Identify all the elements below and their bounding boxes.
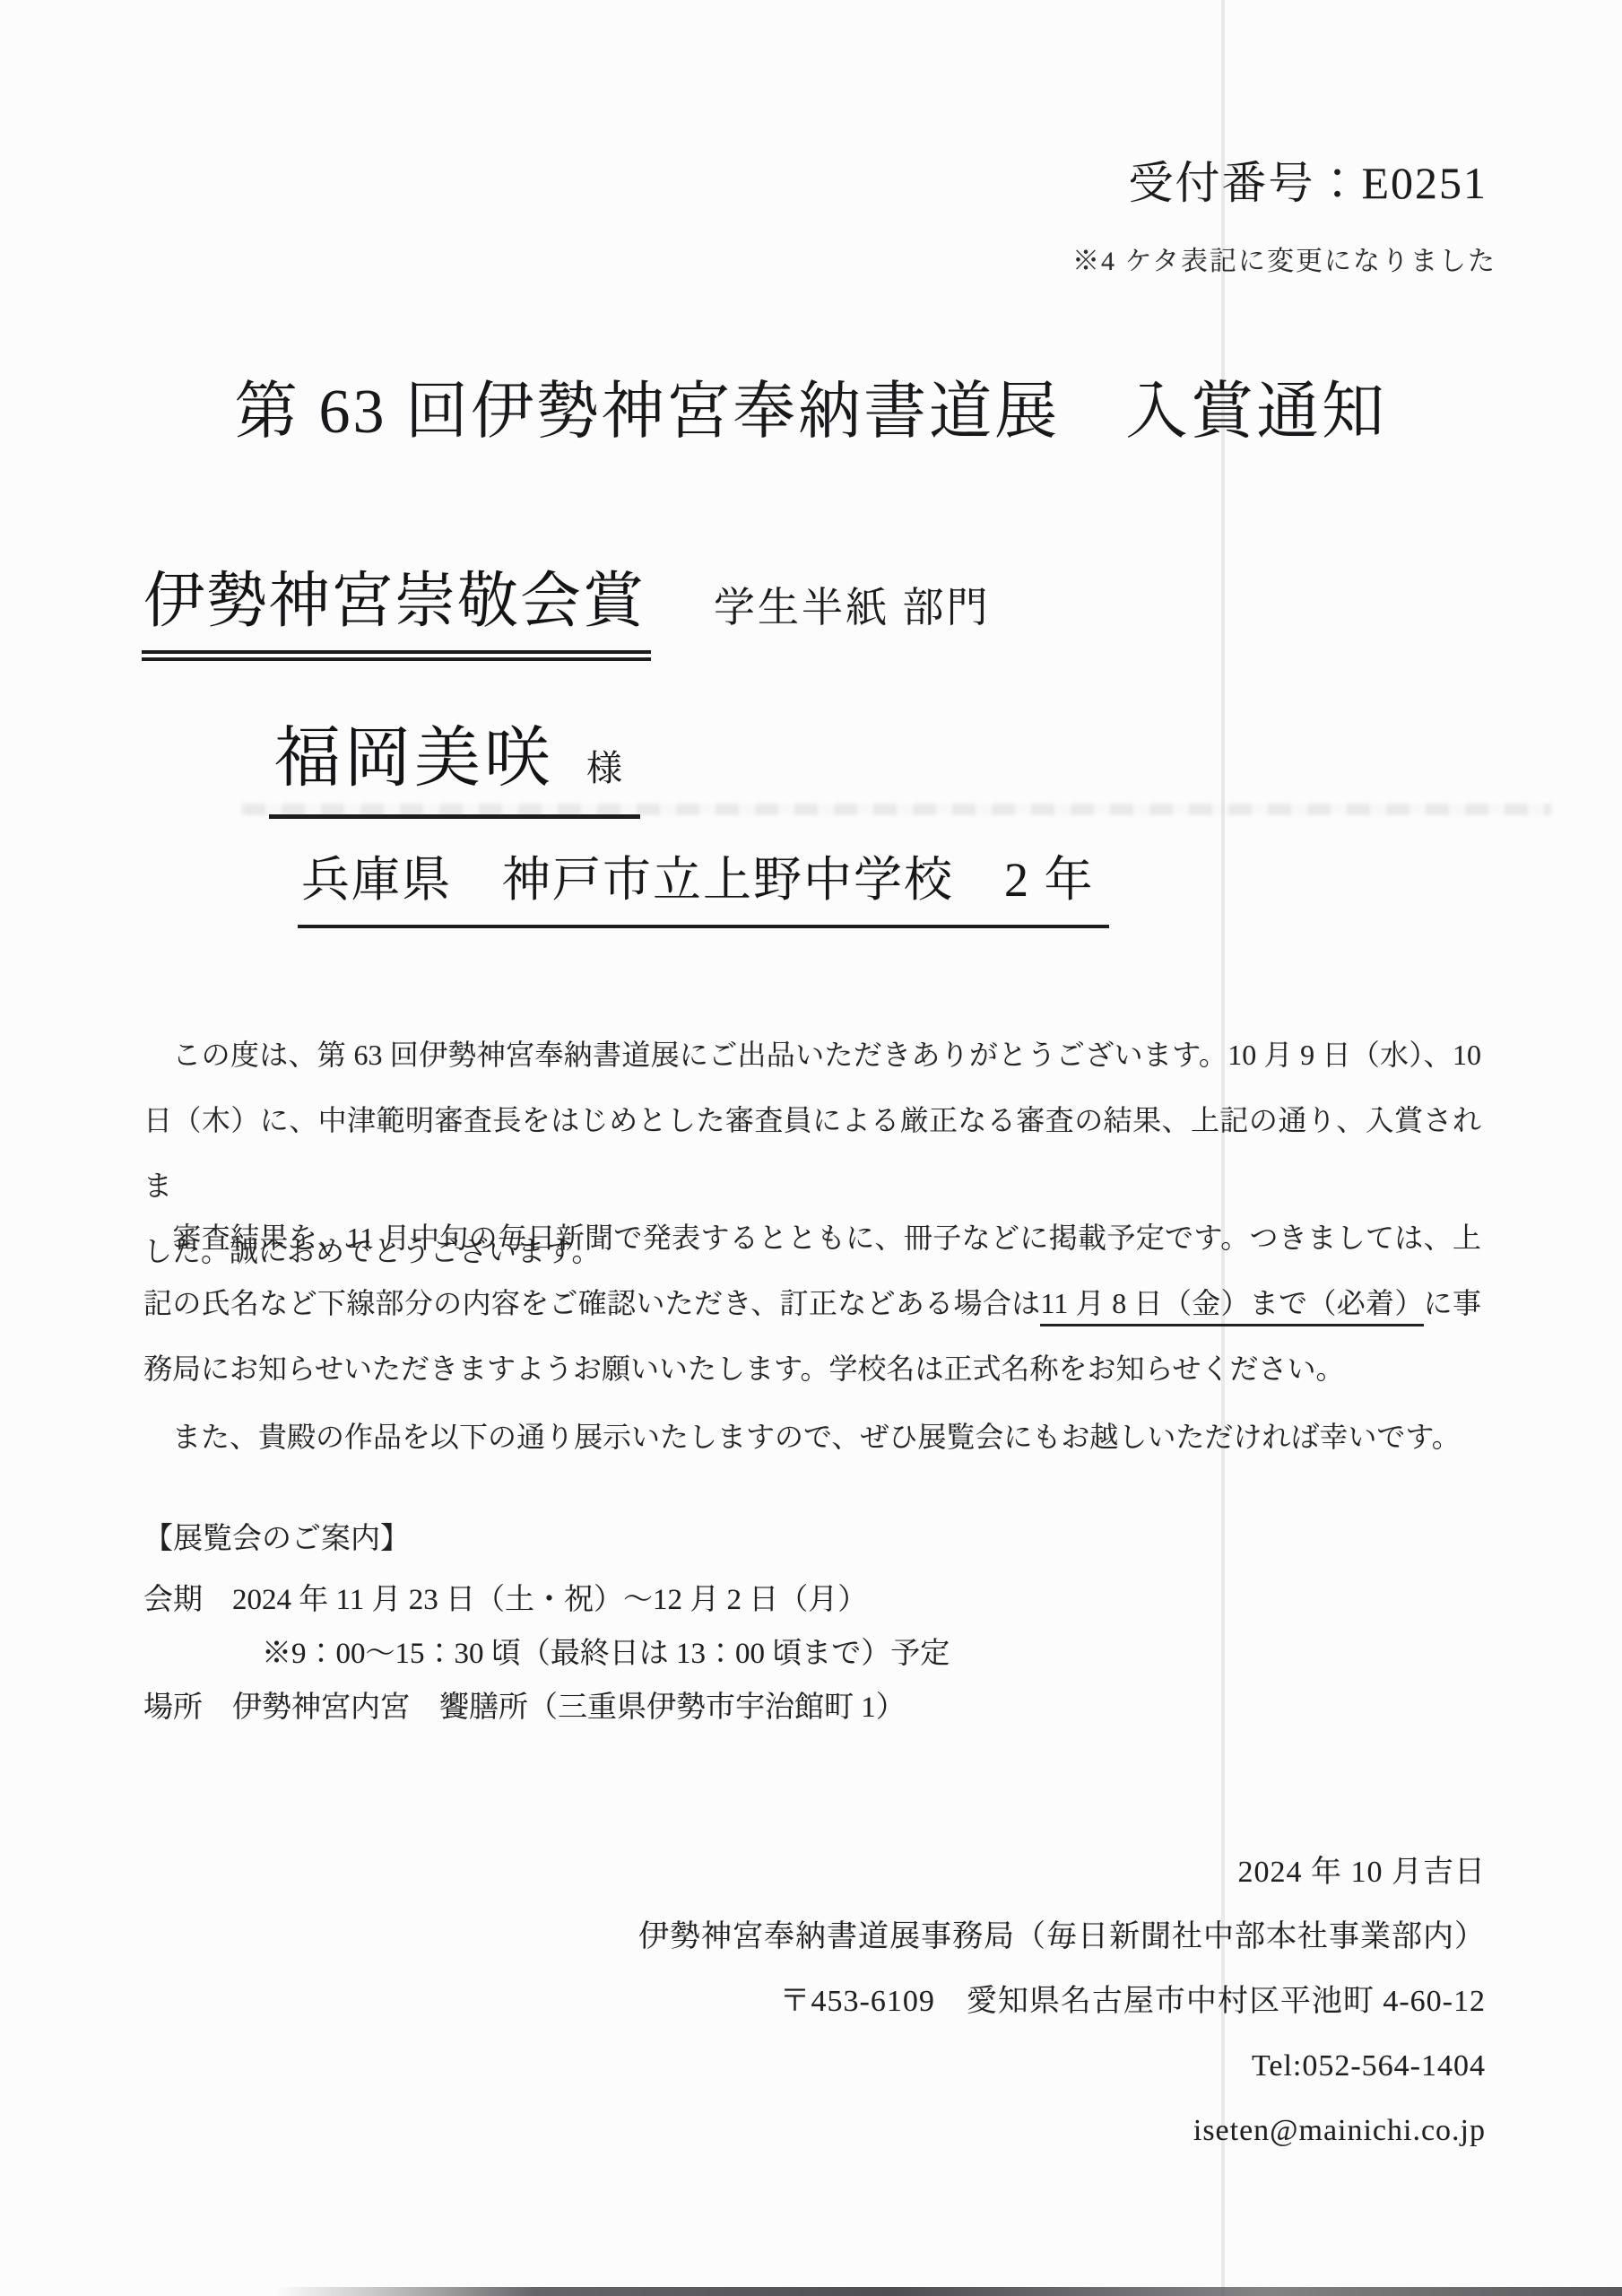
exhibition-period: 会期 2024 年 11 月 23 日（土・祝）～12 月 2 日（月） xyxy=(143,1573,1481,1627)
award-row: 伊勢神宮崇敬会賞学生半紙 部門 xyxy=(142,552,991,661)
recipient-school: 兵庫県 神戸市立上野中学校 2 年 xyxy=(298,841,1109,928)
deadline-underlined-text: 11 月 8 日（金）まで（必着） xyxy=(1040,1287,1423,1326)
sender-office: 伊勢神宮奉納書道展事務局（毎日新聞社中部本社事業部内） xyxy=(638,1905,1486,1970)
award-name: 伊勢神宮崇敬会賞 xyxy=(142,552,651,661)
receipt-number-note: ※4 ケタ表記に変更になりました xyxy=(1072,239,1496,278)
document-title: 第 63 回伊勢神宮奉納書道展 入賞通知 xyxy=(0,361,1622,451)
paragraph-invitation: また、貴殿の作品を以下の通り展示いたしますので、ぜひ展覧会にもお越しいただければ… xyxy=(143,1405,1481,1470)
sender-block: 2024 年 10 月吉日 伊勢神宮奉納書道展事務局（毎日新聞社中部本社事業部内… xyxy=(638,1840,1486,2163)
deadline-post-text: に事 xyxy=(1424,1287,1481,1319)
paragraph-announcement: 審査結果を、11 月中旬の毎日新聞で発表するとともに、冊子などに掲載予定です。つ… xyxy=(143,1205,1481,1402)
exhibition-time-note: ※9：00～15：30 頃（最終日は 13：00 頃まで）予定 xyxy=(143,1627,1481,1681)
sender-email: iseten@mainichi.co.jp xyxy=(638,2099,1486,2163)
school-row: 兵庫県 神戸市立上野中学校 2 年 xyxy=(298,841,1109,928)
paragraph-announcement-line-2: 記の氏名など下線部分の内容をご確認いただき、訂正などある場合は11 月 8 日（… xyxy=(143,1271,1481,1336)
paragraph-announcement-line-3: 務局にお知らせいただきますようお願いいたします。学校名は正式名称をお知らせくださ… xyxy=(143,1336,1481,1402)
paragraph-thanks-line-2: 日（木）に、中津範明審査長をはじめとした審査員による厳正なる審査の結果、上記の通… xyxy=(143,1088,1481,1219)
exhibition-info: 【展覧会のご案内】 会期 2024 年 11 月 23 日（土・祝）～12 月 … xyxy=(143,1512,1481,1735)
recipient-row: 福岡美咲様 xyxy=(269,705,640,819)
deadline-pre-text: 記の氏名など下線部分の内容をご確認いただき、訂正などある場合は xyxy=(143,1287,1040,1319)
exhibition-heading: 【展覧会のご案内】 xyxy=(143,1512,1481,1566)
recipient-underline: 福岡美咲様 xyxy=(269,705,640,819)
paragraph-thanks-line-1: この度は、第 63 回伊勢神宮奉納書道展にご出品いただきありがとうございます。1… xyxy=(143,1022,1481,1088)
sender-tel: Tel:052-564-1404 xyxy=(638,2034,1486,2099)
recipient-honorific: 様 xyxy=(586,748,622,788)
paragraph-invitation-line-1: また、貴殿の作品を以下の通り展示いたしますので、ぜひ展覧会にもお越しいただければ… xyxy=(143,1405,1481,1470)
sender-address: 〒453-6109 愛知県名古屋市中村区平池町 4-60-12 xyxy=(638,1970,1486,2034)
letter-date: 2024 年 10 月吉日 xyxy=(638,1840,1486,1905)
scan-edge-shadow xyxy=(0,2287,1622,2296)
paragraph-announcement-line-1: 審査結果を、11 月中旬の毎日新聞で発表するとともに、冊子などに掲載予定です。つ… xyxy=(143,1205,1481,1271)
exhibition-venue: 場所 伊勢神宮内宮 饗膳所（三重県伊勢市宇治館町 1） xyxy=(143,1681,1481,1735)
receipt-number: 受付番号：E0251 xyxy=(1128,147,1488,212)
scanned-award-notification-letter: 受付番号：E0251 ※4 ケタ表記に変更になりました 第 63 回伊勢神宮奉納… xyxy=(0,0,1622,2296)
award-division: 学生半紙 部門 xyxy=(714,575,991,634)
recipient-name: 福岡美咲 xyxy=(274,722,554,796)
